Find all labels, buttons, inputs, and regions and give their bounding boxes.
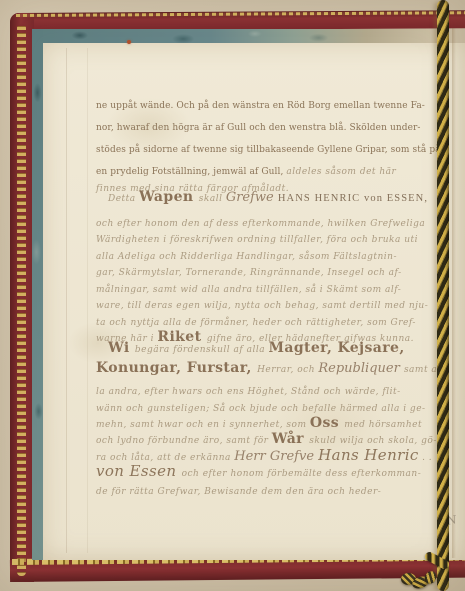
text-segment: stödes på sidorne af twenne sig tillbaka… (96, 145, 441, 155)
manuscript-line: och lydno förbundne äro, samt för Wår sk… (96, 430, 437, 446)
text-segment: Magter, Kejsare, (268, 340, 404, 356)
text-segment: mehn, samt hwar och en i synnerhet, som (96, 420, 310, 430)
text-segment: Wapen (139, 189, 199, 205)
text-segment: gar, Skärmytslar, Tornerande, Ringrännan… (96, 268, 402, 278)
text-segment: Herrar, och (257, 365, 318, 375)
text-segment: skall (199, 194, 226, 204)
manuscript-line: ta och nyttja alla de förmåner, heder oc… (96, 312, 416, 328)
manuscript-line: Detta Wapen skall Grefwe HANS HENRIC von… (108, 188, 428, 205)
manuscript-line: stödes på sidorne af twenne sig tillbaka… (96, 139, 441, 155)
manuscript-line: de för rätta Grefwar, Bewisande dem den … (96, 481, 381, 497)
text-segment: ta och nyttja alla de förmåner, heder oc… (96, 318, 416, 328)
text-segment: och lydno förbundne äro, samt för (96, 436, 272, 446)
text-segment: Oss (310, 415, 344, 431)
text-segment: Republiquer (318, 361, 404, 376)
manuscript-line: Wärdigheten i föreskrifwen ordning tillf… (96, 229, 418, 245)
manuscript-line: ware, till deras egen wilja, nytta och b… (96, 295, 428, 311)
text-segment: målningar, samt wid alla andra tillfälle… (96, 285, 401, 295)
text-segment: Konungar, Furstar, (96, 360, 257, 376)
text-segment: Detta (108, 194, 139, 204)
manuscript-line: Wi begära fördenskull af alla Magter, Ke… (108, 339, 405, 355)
text-segment: Wår (272, 431, 309, 447)
manuscript-line: mehn, samt hwar och en i synnerhet, som … (96, 414, 422, 430)
text-segment: ne uppåt wände. Och på den wänstra en Rö… (96, 101, 425, 111)
text-segment: HANS HENRIC von ESSEN, (278, 193, 428, 204)
text-segment: la andra, efter hwars och ens Höghet, St… (96, 387, 401, 397)
text-segment: de för rätta Grefwar, Bewisande dem den … (96, 487, 381, 497)
manuscript-line: alla Adeliga och Ridderliga Handlingar, … (96, 246, 397, 262)
binding-cord (437, 0, 449, 591)
text-segment: nor, hwaraf den högra är af Gull och den… (96, 123, 421, 133)
text-segment: med hörsamhet (344, 420, 422, 430)
text-segment: wänn och gunsteligen; Så ock bjude och b… (96, 404, 426, 414)
text-segment: Wi (108, 340, 135, 356)
text-segment: begära fördenskull af alla (135, 345, 269, 355)
manuscript-line: och efter honom den af dess efterkommand… (96, 213, 425, 229)
text-segment: skuld wilja och skola, gö- (309, 436, 437, 446)
manuscript-line: wänn och gunsteligen; Så ock bjude och b… (96, 398, 426, 414)
photo-backdrop: ne uppåt wände. Och på den wänstra en Rö… (0, 0, 465, 591)
text-segment: aldeles såsom det här (286, 167, 396, 177)
manuscript-line: en prydelig Fotställning, jemwäl af Gull… (96, 161, 396, 177)
text-segment: en prydelig Fotställning, jemwäl af Gull… (96, 167, 286, 177)
text-segment: Herr Grefve (234, 449, 318, 464)
text-segment: . . (419, 453, 432, 463)
text-segment: och efter honom förbemälte dess efterkom… (182, 469, 422, 479)
manuscript-line: ne uppåt wände. Och på den wänstra en Rö… (96, 95, 425, 111)
manuscript-line: la andra, efter hwars och ens Höghet, St… (96, 381, 401, 397)
text-segment: Grefwe (226, 190, 278, 205)
text-segment: von Essen (96, 462, 182, 480)
manuscript-line: von Essen och efter honom förbemälte des… (96, 463, 421, 479)
manuscript-text: ne uppåt wände. Och på den wänstra en Rö… (0, 0, 465, 591)
text-segment: Hans Henric (318, 446, 419, 464)
manuscript-line: gar, Skärmytslar, Tornerande, Ringrännan… (96, 262, 402, 278)
text-segment: Wärdigheten i föreskrifwen ordning tillf… (96, 235, 418, 245)
manuscript-line: nor, hwaraf den högra är af Gull och den… (96, 117, 421, 133)
manuscript-line: målningar, samt wid alla andra tillfälle… (96, 279, 401, 295)
manuscript-line: ra och låta, att de erkänna Herr Grefve … (96, 447, 432, 463)
text-segment: alla Adeliga och Ridderliga Handlingar, … (96, 252, 397, 262)
text-segment: ware, till deras egen wilja, nytta och b… (96, 301, 428, 311)
manuscript-line: Konungar, Furstar, Herrar, och Republiqu… (96, 359, 444, 375)
text-segment: och efter honom den af dess efterkommand… (96, 219, 425, 229)
